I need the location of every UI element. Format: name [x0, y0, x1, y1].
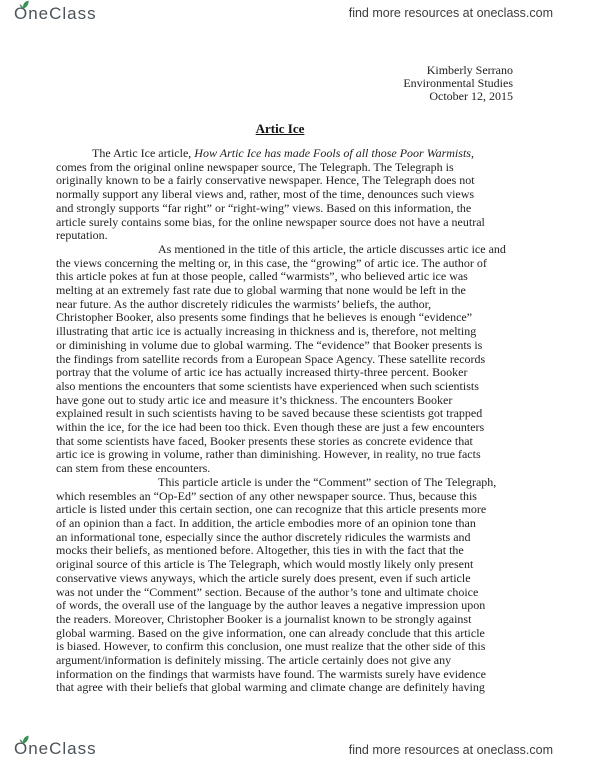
paragraph-2: As mentioned in the title of this articl…	[56, 243, 548, 476]
cited-article-title: How Artic Ice has made Fools of all thos…	[194, 146, 474, 160]
leaf-icon	[17, 0, 30, 9]
leaf-icon	[17, 735, 30, 744]
oneclass-logo[interactable]: OneClass	[14, 4, 97, 26]
byline: Kimberly Serrano Environmental Studies O…	[403, 64, 513, 103]
oneclass-logo-footer[interactable]: OneClass	[14, 739, 97, 761]
header-tagline-link[interactable]: find more resources at oneclass.com	[349, 6, 553, 20]
document-title: Artic Ice	[0, 121, 560, 137]
byline-course: Environmental Studies	[403, 77, 513, 90]
document-page: OneClass find more resources at oneclass…	[0, 0, 595, 770]
paragraph-1-rest: comes from the original online newspaper…	[56, 160, 485, 243]
document-body: The Artic Ice article, How Artic Ice has…	[56, 147, 548, 695]
paragraph-1: The Artic Ice article, How Artic Ice has…	[56, 147, 548, 243]
paragraph-3: This particle article is under the “Comm…	[56, 476, 548, 695]
byline-author: Kimberly Serrano	[403, 64, 513, 77]
byline-date: October 12, 2015	[403, 90, 513, 103]
paragraph-1-lead: The Artic Ice article,	[92, 146, 194, 160]
footer-tagline-link[interactable]: find more resources at oneclass.com	[349, 743, 553, 757]
